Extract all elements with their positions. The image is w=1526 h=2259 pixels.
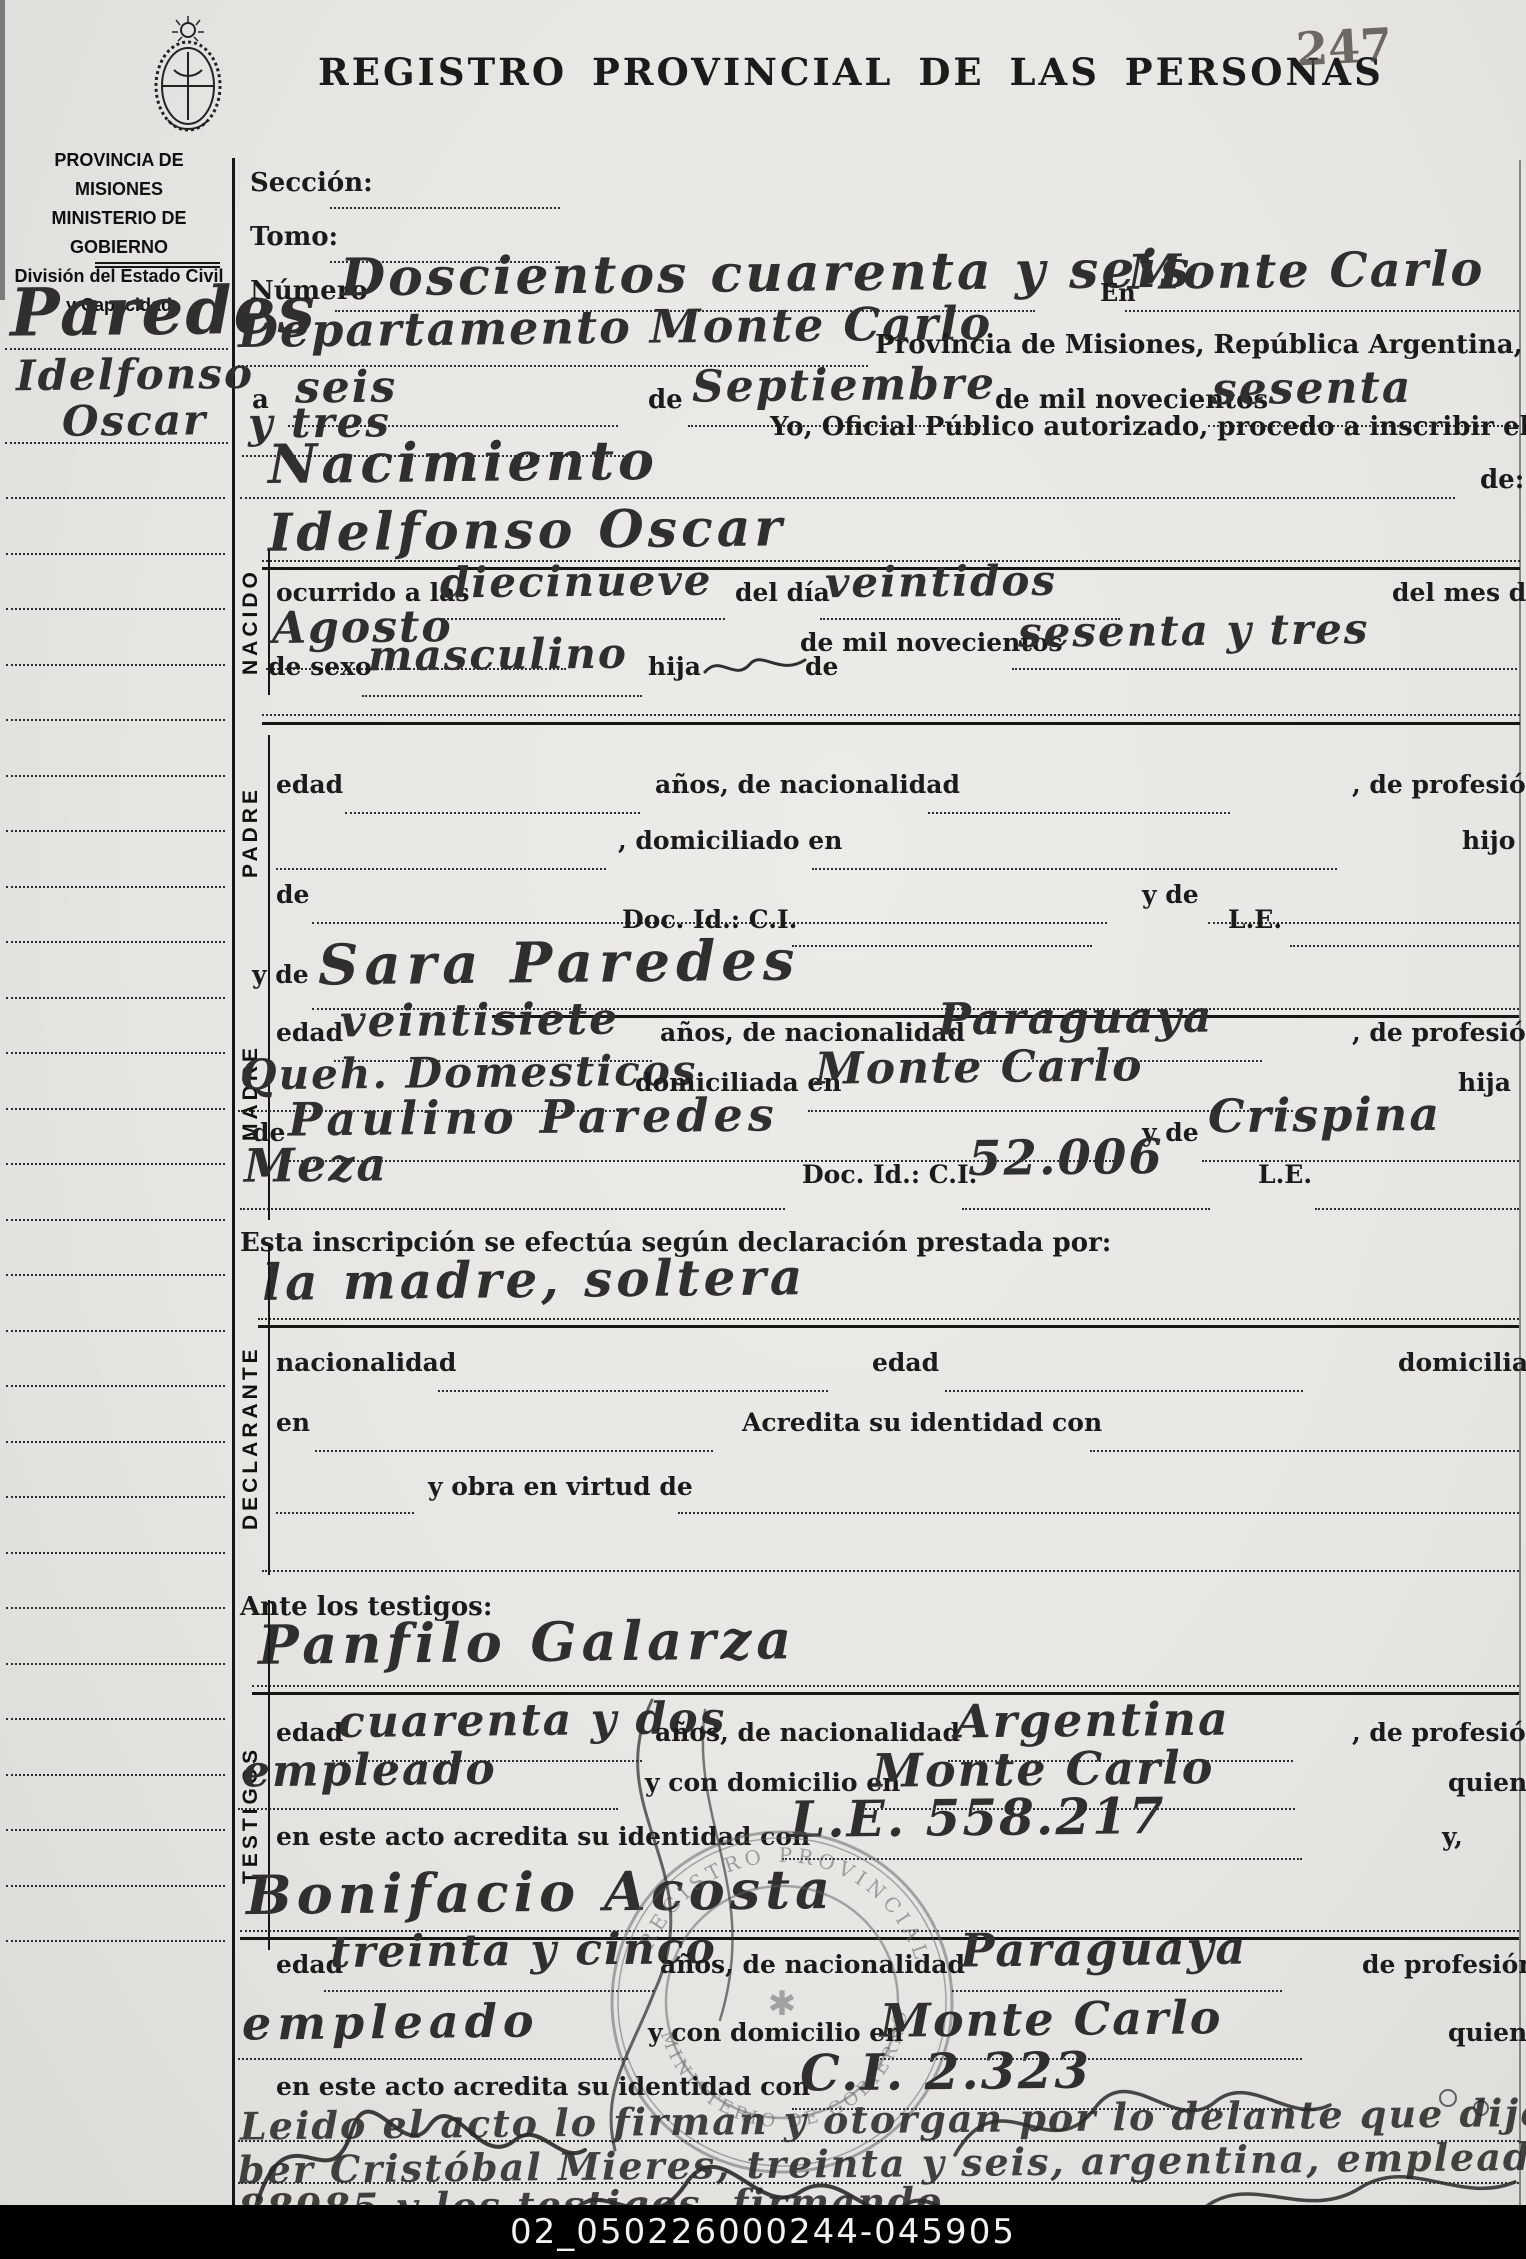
pen-flourish (611, 1700, 671, 2150)
signatures (0, 0, 1526, 2259)
signature-circles (1440, 2090, 1488, 2115)
signature-3 (955, 2091, 1330, 2155)
pen-flourish (703, 1710, 733, 2020)
footer-bar: 02_050226000244-045905 (0, 2205, 1526, 2259)
signature-1 (258, 2112, 585, 2200)
document-code: 02_050226000244-045905 (510, 2212, 1016, 2252)
document-page: REGISTRO PROVINCIAL DE LAS PERSONAS 247 … (0, 0, 1526, 2259)
